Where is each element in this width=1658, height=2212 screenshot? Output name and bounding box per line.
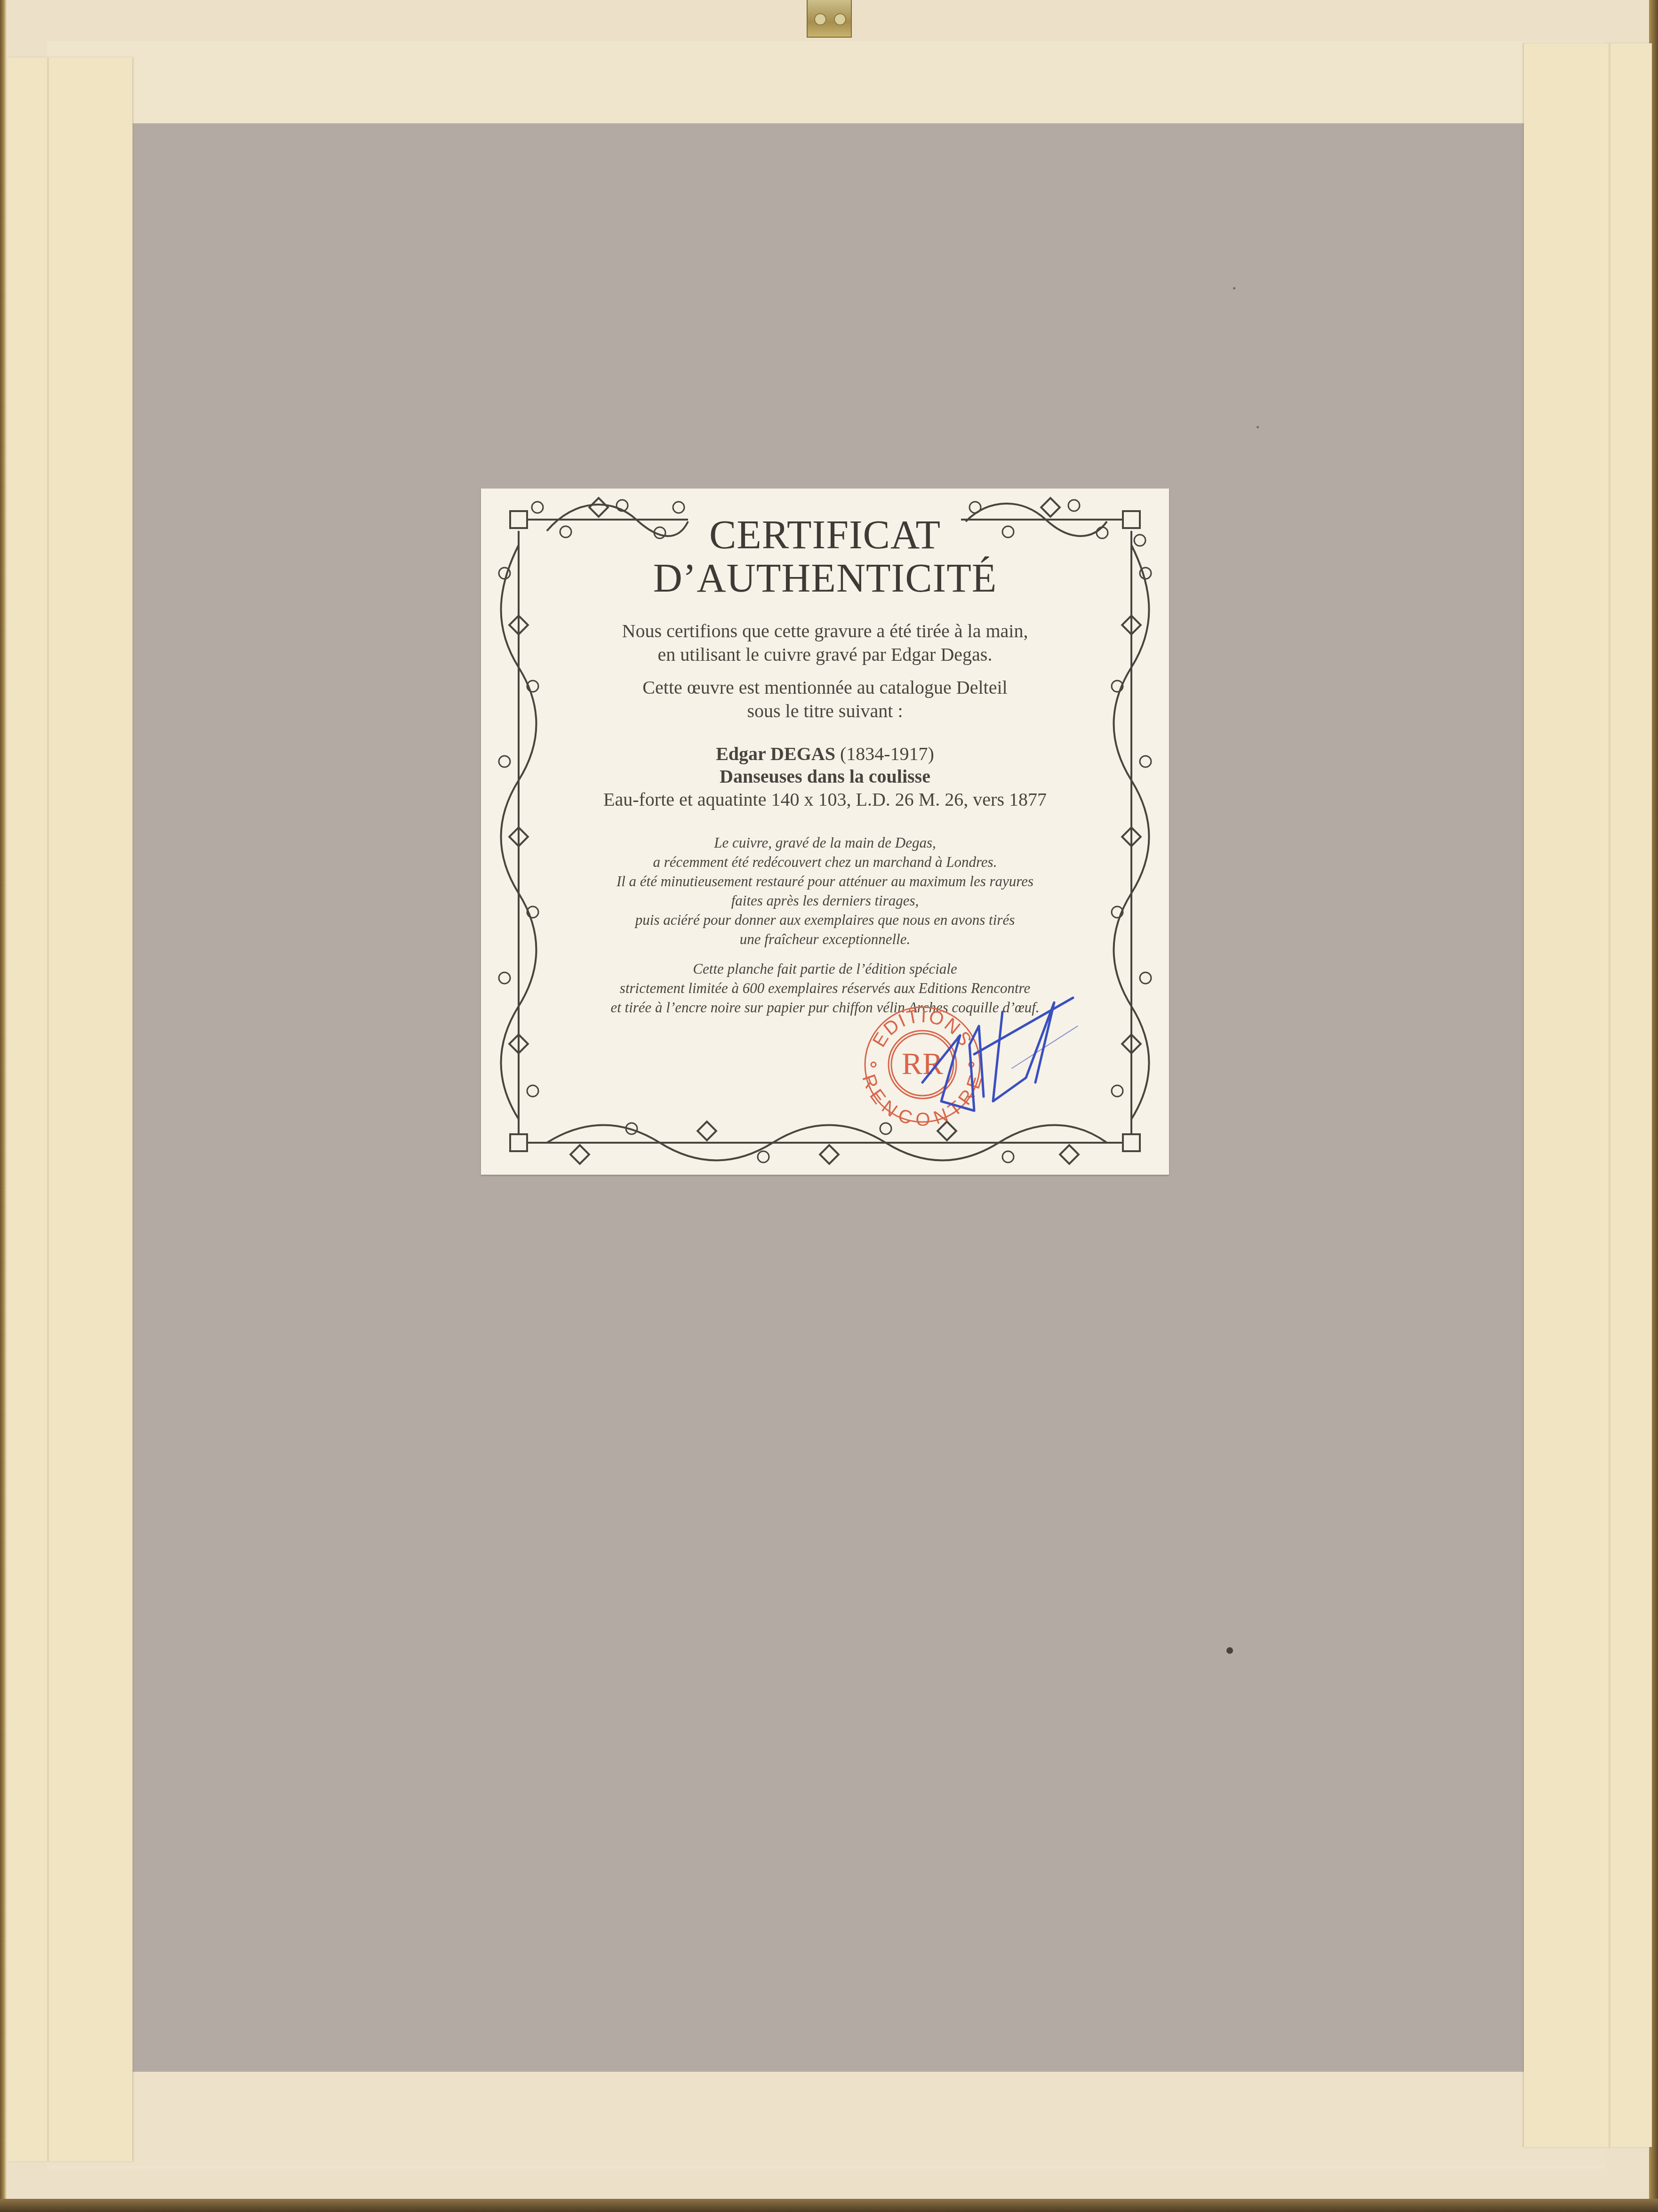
title-line-2: D’AUTHENTICITÉ — [653, 555, 997, 601]
history-line: puis aciéré pour donner aux exemplaires … — [556, 910, 1094, 930]
dust-speck — [1233, 287, 1235, 289]
history-line: a récemment été redécouvert chez un marc… — [556, 852, 1094, 872]
certificate-title: CERTIFICAT D’AUTHENTICITÉ — [556, 513, 1094, 600]
history-line: Le cuivre, gravé de la main de Degas, — [556, 833, 1094, 852]
artist-name: Edgar DEGAS — [716, 743, 835, 764]
artist-dates: (1834-1917) — [840, 743, 934, 764]
dust-speck — [1257, 426, 1259, 428]
screw-icon — [834, 13, 846, 25]
tape-bottom — [47, 2071, 1605, 2166]
technique-line: Eau-forte et aquatinte 140 x 103, L.D. 2… — [556, 788, 1094, 811]
catalogue-line-1: Cette œuvre est mentionnée au catalogue … — [642, 677, 1007, 698]
screw-icon — [814, 13, 826, 25]
catalogue-paragraph: Cette œuvre est mentionnée au catalogue … — [556, 676, 1094, 723]
artist-line: Edgar DEGAS (1834-1917) — [556, 743, 1094, 765]
edition-line: Cette planche fait partie de l’édition s… — [556, 959, 1094, 978]
certificate-text: CERTIFICAT D’AUTHENTICITÉ Nous certifion… — [556, 513, 1094, 1017]
artwork-details: Edgar DEGAS (1834-1917) Danseuses dans l… — [556, 743, 1094, 811]
tape-left — [8, 57, 132, 2161]
intro-paragraph: Nous certifions que cette gravure a été … — [556, 619, 1094, 666]
work-title: Danseuses dans la coulisse — [556, 765, 1094, 788]
tape-right-fold — [1609, 43, 1610, 2147]
dust-speck — [1226, 1647, 1233, 1654]
frame-bottom-edge — [0, 2199, 1658, 2212]
intro-line-1: Nous certifions que cette gravure a été … — [622, 620, 1028, 641]
handwritten-signature-icon — [918, 984, 1087, 1120]
history-paragraph: Le cuivre, gravé de la main de Degas, a … — [556, 833, 1094, 949]
history-line: Il a été minutieusement restauré pour at… — [556, 872, 1094, 891]
tape-top — [47, 41, 1605, 136]
intro-line-2: en utilisant le cuivre gravé par Edgar D… — [658, 644, 993, 665]
history-line: une fraîcheur exceptionnelle. — [556, 930, 1094, 949]
title-line-1: CERTIFICAT — [709, 512, 941, 557]
tape-right — [1524, 43, 1652, 2147]
catalogue-line-2: sous le titre suivant : — [747, 700, 903, 721]
hanger-bracket-icon — [807, 0, 852, 38]
history-line: faites après les derniers tirages, — [556, 891, 1094, 910]
tape-left-fold — [47, 57, 49, 2161]
